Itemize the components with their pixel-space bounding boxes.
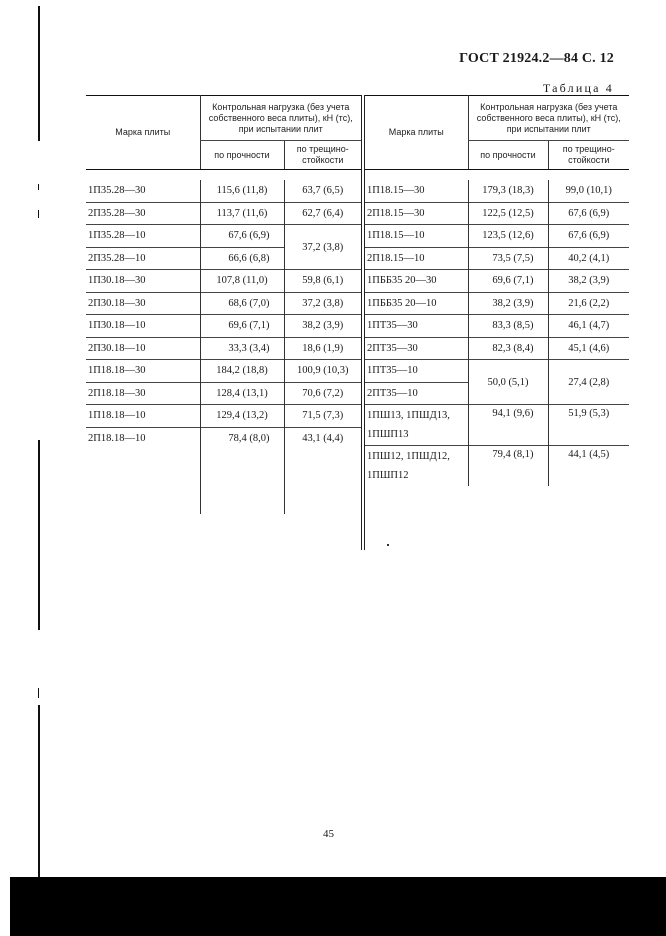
crack-load: 51,9 (5,3) xyxy=(548,405,629,446)
table-row: 1П30.18—1069,6 (7,1)38,2 (3,9) xyxy=(86,315,361,338)
empty-cell xyxy=(86,449,200,514)
plate-mark: 1ПШ12, 1ПШД12, 1ПШП12 xyxy=(365,446,468,487)
strength-load: 94,1 (9,6) xyxy=(468,405,548,446)
col-header-strength: по прочности xyxy=(468,141,548,170)
crack-load: 43,1 (4,4) xyxy=(284,427,361,449)
plate-mark: 2П30.18—30 xyxy=(86,292,200,315)
crack-load: 67,6 (6,9) xyxy=(548,202,629,225)
col-header-mark: Марка плиты xyxy=(365,96,468,170)
scan-speck xyxy=(387,544,389,546)
table-row: 1ПББ35 20—3069,6 (7,1)38,2 (3,9) xyxy=(365,270,629,293)
table-label: Таблица 4 xyxy=(543,81,614,96)
table-row: 2П18.15—30122,5 (12,5)67,6 (6,9) xyxy=(365,202,629,225)
crack-load: 70,6 (7,2) xyxy=(284,382,361,405)
table-row: 1ПТ35—3083,3 (8,5)46,1 (4,7) xyxy=(365,315,629,338)
crack-load: 37,2 (3,8) xyxy=(284,292,361,315)
plate-mark: 1ПШ13, 1ПШД13, 1ПШП13 xyxy=(365,405,468,446)
table-row: 1П18.15—30179,3 (18,3)99,0 (10,1) xyxy=(365,180,629,202)
plate-mark: 1П30.18—10 xyxy=(86,315,200,338)
plate-mark: 2ПТ35—10 xyxy=(365,382,468,405)
plate-mark: 2П18.18—30 xyxy=(86,382,200,405)
plate-mark: 1ПББ35 20—10 xyxy=(365,292,468,315)
crack-load: 38,2 (3,9) xyxy=(284,315,361,338)
plate-mark: 2П18.18—10 xyxy=(86,427,200,449)
table-row: 1ПШ13, 1ПШД13, 1ПШП1394,1 (9,6)51,9 (5,3… xyxy=(365,405,629,446)
strength-load: 83,3 (8,5) xyxy=(468,315,548,338)
table-row: 2ПТ35—3082,3 (8,4)45,1 (4,6) xyxy=(365,337,629,360)
table-row: 1ПШ12, 1ПШД12, 1ПШП1279,4 (8,1)44,1 (4,5… xyxy=(365,446,629,487)
plate-mark: 2П18.15—10 xyxy=(365,247,468,270)
strength-load: 67,6 (6,9) xyxy=(200,225,284,248)
table-row: 1П35.28—1067,6 (6,9)37,2 (3,8) xyxy=(86,225,361,248)
table-row: 2П30.18—1033,3 (3,4)18,6 (1,9) xyxy=(86,337,361,360)
crack-load: 99,0 (10,1) xyxy=(548,180,629,202)
strength-load: 129,4 (13,2) xyxy=(200,405,284,428)
empty-cell xyxy=(284,449,361,514)
plate-mark: 2ПТ35—30 xyxy=(365,337,468,360)
strength-load: 107,8 (11,0) xyxy=(200,270,284,293)
scan-black-border xyxy=(10,877,666,936)
plate-mark: 1ПТ35—30 xyxy=(365,315,468,338)
table-row: 1П30.18—30107,8 (11,0)59,8 (6,1) xyxy=(86,270,361,293)
col-header-load: Контрольная нагрузка (без учета собствен… xyxy=(468,96,629,141)
table-row: 1ПТ35—1050,0 (5,1)27,4 (2,8) xyxy=(365,360,629,383)
page-number: 45 xyxy=(323,828,334,840)
plate-mark: 2П30.18—10 xyxy=(86,337,200,360)
col-header-load: Контрольная нагрузка (без учета собствен… xyxy=(200,96,361,141)
strength-load: 33,3 (3,4) xyxy=(200,337,284,360)
plate-mark: 1П18.15—30 xyxy=(365,180,468,202)
strength-load: 179,3 (18,3) xyxy=(468,180,548,202)
strength-load: 73,5 (7,5) xyxy=(468,247,548,270)
crack-load: 71,5 (7,3) xyxy=(284,405,361,428)
plate-mark: 1П35.28—30 xyxy=(86,180,200,202)
empty-cell xyxy=(200,449,284,514)
strength-load: 66,6 (6,8) xyxy=(200,247,284,270)
strength-load: 50,0 (5,1) xyxy=(468,360,548,405)
table-row: 2П18.15—1073,5 (7,5)40,2 (4,1) xyxy=(365,247,629,270)
table-row: 1П18.18—10129,4 (13,2)71,5 (7,3) xyxy=(86,405,361,428)
binding-edge-line xyxy=(38,6,40,141)
strength-load: 79,4 (8,1) xyxy=(468,446,548,487)
strength-load: 78,4 (8,0) xyxy=(200,427,284,449)
binding-edge-line xyxy=(38,440,40,630)
crack-load: 44,1 (4,5) xyxy=(548,446,629,487)
plate-mark: 2П18.15—30 xyxy=(365,202,468,225)
crack-load: 21,6 (2,2) xyxy=(548,292,629,315)
binding-edge-line xyxy=(38,210,39,218)
plate-mark: 2П35.28—30 xyxy=(86,202,200,225)
strength-load: 113,7 (11,6) xyxy=(200,202,284,225)
table-row: 2П18.18—30128,4 (13,1)70,6 (7,2) xyxy=(86,382,361,405)
crack-load: 62,7 (6,4) xyxy=(284,202,361,225)
table-row: 1П18.18—30184,2 (18,8)100,9 (10,3) xyxy=(86,360,361,383)
table-left-half: Марка плиты Контрольная нагрузка (без уч… xyxy=(86,95,361,514)
table-row: 1П35.28—30115,6 (11,8)63,7 (6,5) xyxy=(86,180,361,202)
plate-mark: 1П18.18—10 xyxy=(86,405,200,428)
plate-mark: 1П35.28—10 xyxy=(86,225,200,248)
binding-edge-line xyxy=(38,184,39,190)
crack-load: 27,4 (2,8) xyxy=(548,360,629,405)
strength-load: 69,6 (7,1) xyxy=(468,270,548,293)
strength-load: 68,6 (7,0) xyxy=(200,292,284,315)
col-header-strength: по прочности xyxy=(200,141,284,170)
crack-load: 18,6 (1,9) xyxy=(284,337,361,360)
crack-load: 46,1 (4,7) xyxy=(548,315,629,338)
strength-load: 115,6 (11,8) xyxy=(200,180,284,202)
plate-mark: 1П18.15—10 xyxy=(365,225,468,248)
strength-load: 128,4 (13,1) xyxy=(200,382,284,405)
strength-load: 69,6 (7,1) xyxy=(200,315,284,338)
plate-mark: 1ПББ35 20—30 xyxy=(365,270,468,293)
crack-load: 67,6 (6,9) xyxy=(548,225,629,248)
crack-load: 63,7 (6,5) xyxy=(284,180,361,202)
plate-mark: 1ПТ35—10 xyxy=(365,360,468,383)
strength-load: 123,5 (12,6) xyxy=(468,225,548,248)
plate-mark: 1П18.18—30 xyxy=(86,360,200,383)
binding-edge-line xyxy=(38,688,39,698)
table-row: 2П35.28—30113,7 (11,6)62,7 (6,4) xyxy=(86,202,361,225)
table-row: 1ПББ35 20—1038,2 (3,9)21,6 (2,2) xyxy=(365,292,629,315)
col-header-crack: по трещино-стойкости xyxy=(548,141,629,170)
strength-load: 184,2 (18,8) xyxy=(200,360,284,383)
strength-load: 82,3 (8,4) xyxy=(468,337,548,360)
table-row: 2П18.18—1078,4 (8,0)43,1 (4,4) xyxy=(86,427,361,449)
plate-mark: 1П30.18—30 xyxy=(86,270,200,293)
crack-load: 100,9 (10,3) xyxy=(284,360,361,383)
crack-load: 40,2 (4,1) xyxy=(548,247,629,270)
plate-mark: 2П35.28—10 xyxy=(86,247,200,270)
crack-load: 38,2 (3,9) xyxy=(548,270,629,293)
table-row: 1П18.15—10123,5 (12,6)67,6 (6,9) xyxy=(365,225,629,248)
crack-load: 37,2 (3,8) xyxy=(284,225,361,270)
col-header-crack: по трещино-стойкости xyxy=(284,141,361,170)
table-filler-row xyxy=(86,449,361,514)
strength-load: 122,5 (12,5) xyxy=(468,202,548,225)
binding-edge-line xyxy=(38,705,40,877)
crack-load: 45,1 (4,6) xyxy=(548,337,629,360)
table-right-half: Марка плиты Контрольная нагрузка (без уч… xyxy=(365,95,629,486)
col-header-mark: Марка плиты xyxy=(86,96,200,170)
table-row: 2П30.18—3068,6 (7,0)37,2 (3,8) xyxy=(86,292,361,315)
standard-code: ГОСТ 21924.2—84 С. 12 xyxy=(459,51,614,67)
strength-load: 38,2 (3,9) xyxy=(468,292,548,315)
crack-load: 59,8 (6,1) xyxy=(284,270,361,293)
